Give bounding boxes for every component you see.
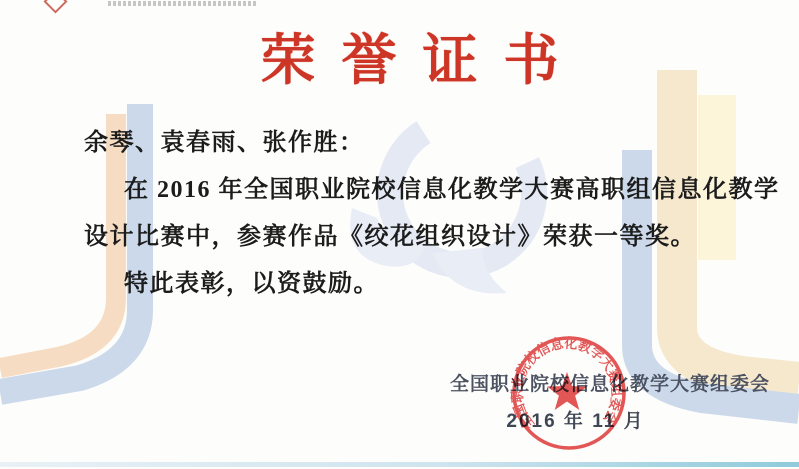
bottom-edge-strip — [0, 462, 799, 467]
header-fineprint-text — [108, 1, 258, 6]
body-line-2: 设计比赛中，参赛作品《绞花组织设计》荣获一等奖。 — [84, 214, 780, 261]
body-line-1: 在 2016 年全国职业院校信息化教学大赛高职组信息化教学 — [84, 167, 780, 214]
certificate-title: 荣誉证书 — [0, 16, 799, 95]
official-seal: 全国职业院校信息化教学大赛组委会 — [497, 321, 641, 465]
recipients-line: 余琴、袁春雨、张作胜： — [84, 120, 780, 167]
honor-certificate: 荣誉证书 余琴、袁春雨、张作胜： 在 2016 年全国职业院校信息化教学大赛高职… — [0, 0, 799, 469]
seal-star-icon — [547, 372, 587, 410]
body-line-3: 特此表彰，以资鼓励。 — [84, 261, 780, 308]
certificate-body: 余琴、袁春雨、张作胜： 在 2016 年全国职业院校信息化教学大赛高职组信息化教… — [84, 120, 780, 308]
